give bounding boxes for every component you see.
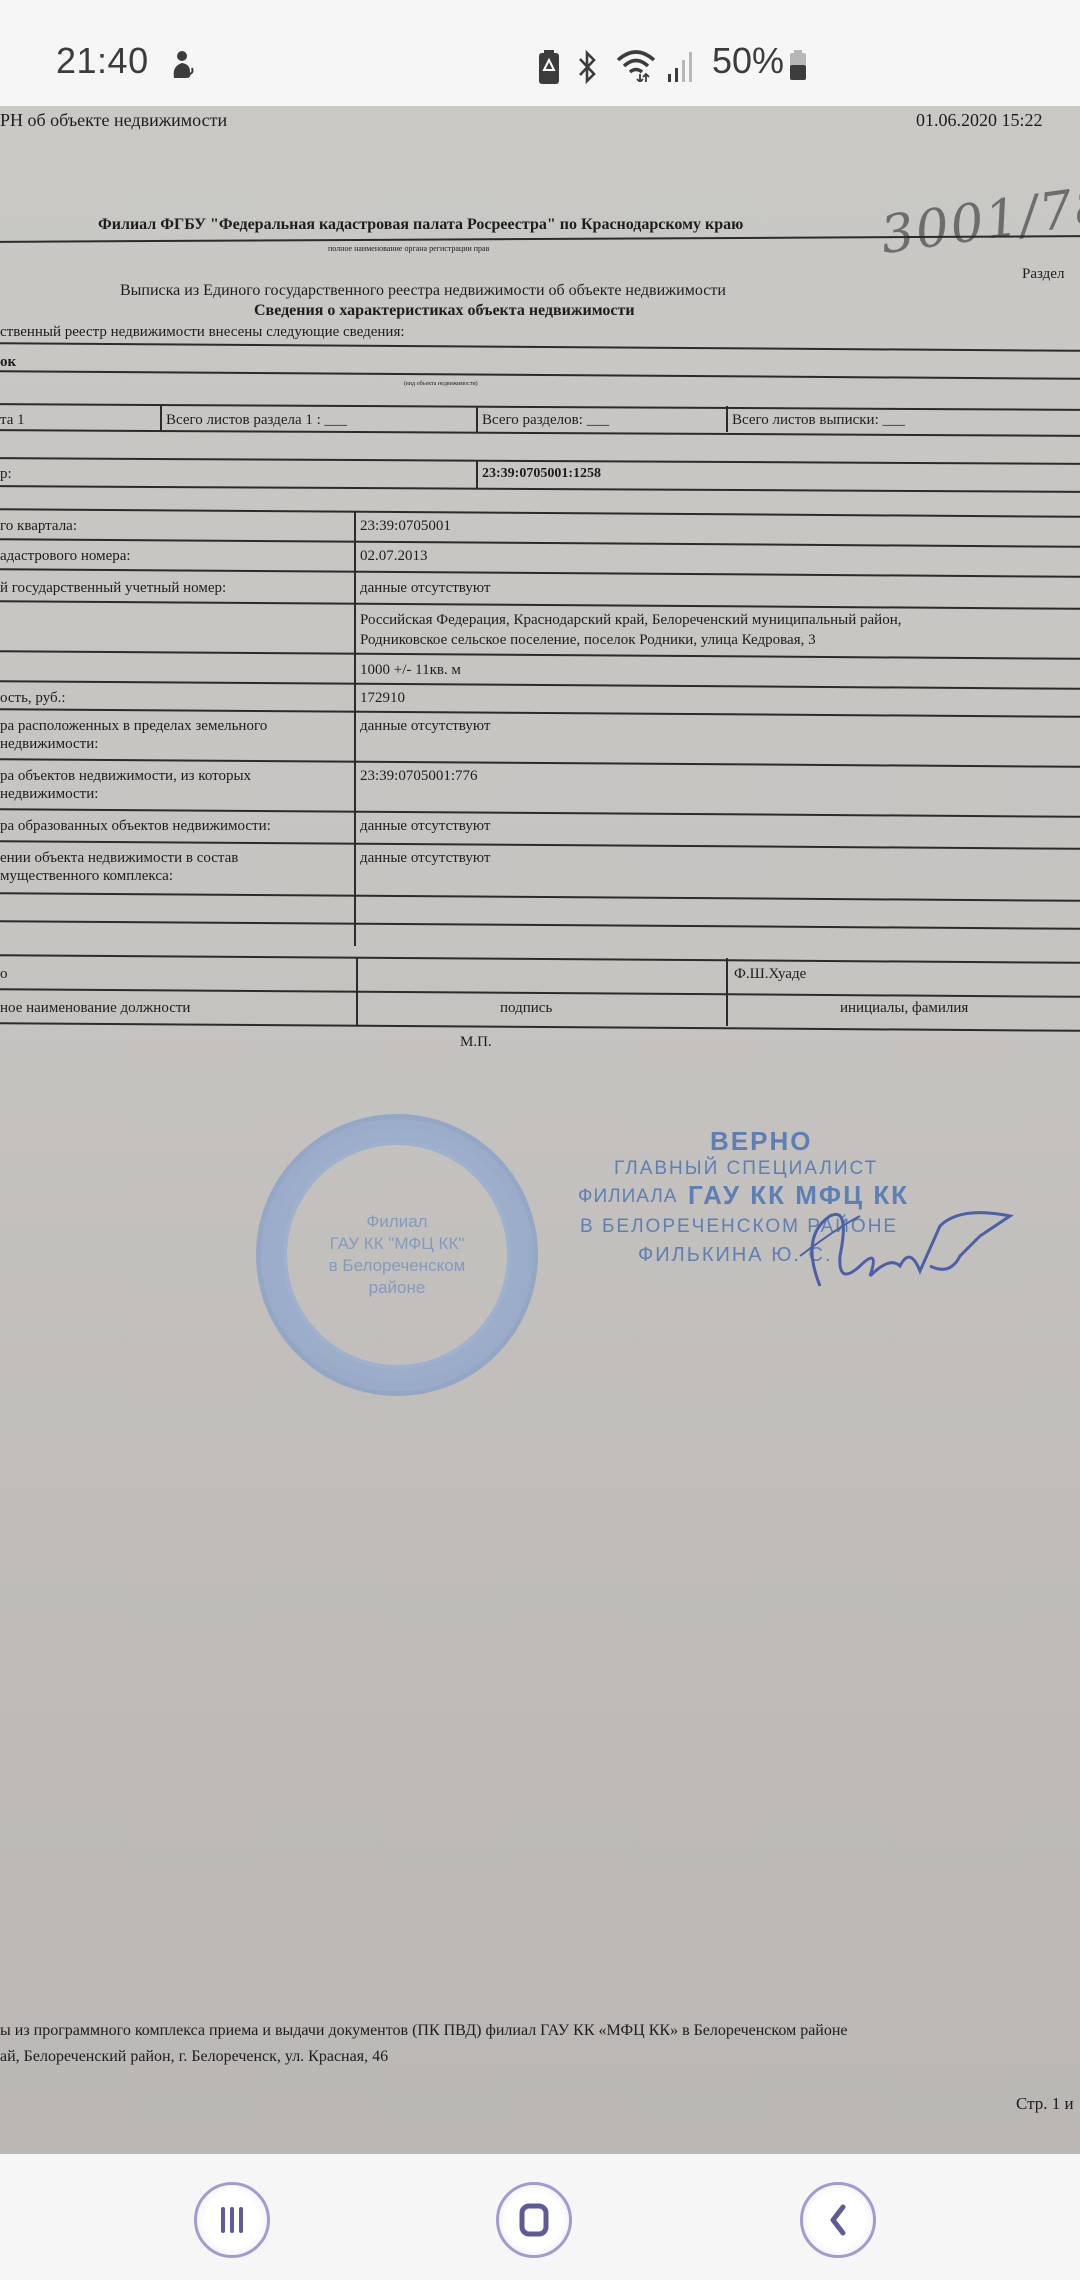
recents-button[interactable] xyxy=(194,2182,270,2258)
row-label-cost: ость, руб.: xyxy=(0,690,66,707)
back-button[interactable] xyxy=(800,2182,876,2258)
row-label-quarter: го квартала: xyxy=(0,518,77,535)
row-label-source-2: недвижимости: xyxy=(0,786,98,803)
home-icon xyxy=(517,2202,551,2238)
row-label-buildings-2: недвижимости: xyxy=(0,736,98,753)
row-label-complex: ении объекта недвижимости в состав xyxy=(0,850,238,867)
signal-icon xyxy=(666,50,696,82)
sheet-number: та 1 xyxy=(0,412,25,429)
row-value-source: 23:39:0705001:776 xyxy=(360,768,478,785)
name-caption: инициалы, фамилия xyxy=(840,1000,968,1017)
position-caption: ное наименование должности xyxy=(0,1000,190,1017)
official-stamp: Филиал ГАУ КК "МФЦ КК" в Белореченском р… xyxy=(256,1114,538,1396)
row-label-complex-2: мущественного комплекса: xyxy=(0,868,173,885)
battery-icon xyxy=(790,50,806,80)
row-label-formed: ра образованных объектов недвижимости: xyxy=(0,818,271,835)
section-label: Раздел xyxy=(1022,266,1064,283)
row-value-address-1: Российская Федерация, Краснодарский край… xyxy=(360,612,902,629)
object-type-caption: (вид объекта недвижимости) xyxy=(404,381,478,387)
position: о xyxy=(0,966,8,983)
stamp-line-4: районе xyxy=(322,1277,472,1299)
seal-label: М.П. xyxy=(460,1034,492,1051)
authority-name: Филиал ФГБУ "Федеральная кадастровая пал… xyxy=(98,216,743,234)
certification-title: ВЕРНО xyxy=(710,1126,812,1157)
navigation-bar xyxy=(0,2154,1080,2280)
total-sheets-section: Всего листов раздела 1 : ___ xyxy=(166,412,347,429)
recents-icon xyxy=(217,2203,247,2237)
stamp-line-1: Филиал xyxy=(322,1211,472,1233)
extract-title: Выписка из Единого государственного реес… xyxy=(120,282,726,300)
stamp-line-3: в Белореченском xyxy=(322,1255,472,1277)
status-time: 21:40 xyxy=(56,40,149,82)
total-sections: Всего разделов: ___ xyxy=(482,412,609,429)
status-bar: 21:40 50% xyxy=(0,0,1080,106)
page-number: Стр. 1 и xyxy=(1016,2094,1074,2114)
row-label-date: адастрового номера: xyxy=(0,548,131,565)
extract-subtitle: Сведения о характеристиках объекта недви… xyxy=(254,302,635,320)
stamp-line-2: ГАУ КК "МФЦ КК" xyxy=(322,1233,472,1255)
row-value-quarter: 23:39:0705001 xyxy=(360,518,451,535)
row-value-area: 1000 +/- 11кв. м xyxy=(360,662,461,679)
cadastral-number-label: р: xyxy=(0,466,12,483)
intro-text: ственный реестр недвижимости внесены сле… xyxy=(0,324,405,341)
footer-line-2: ай, Белореченский район, г. Белореченск,… xyxy=(0,2048,388,2066)
bluetooth-icon xyxy=(576,50,598,84)
row-label-source: ра объектов недвижимости, из которых xyxy=(0,768,251,785)
object-type: ок xyxy=(0,354,16,371)
signature-caption: подпись xyxy=(500,1000,552,1017)
document: РН об объекте недвижимости 01.06.2020 15… xyxy=(0,106,1080,2154)
footer-line-1: ы из программного комплекса приема и выд… xyxy=(0,2022,848,2040)
handwritten-signature xyxy=(760,1196,1040,1306)
authority-caption: полное наименование органа регистрации п… xyxy=(328,244,489,253)
row-value-cost: 172910 xyxy=(360,690,405,707)
document-photo: РН об объекте недвижимости 01.06.2020 15… xyxy=(0,106,1080,2154)
row-value-old-number: данные отсутствуют xyxy=(360,580,490,597)
signer-name: Ф.Ш.Хуаде xyxy=(734,966,806,983)
row-value-date: 02.07.2013 xyxy=(360,548,428,565)
row-value-formed: данные отсутствуют xyxy=(360,818,490,835)
row-label-old-number: й государственный учетный номер: xyxy=(0,580,226,597)
row-value-buildings: данные отсутствуют xyxy=(360,718,490,735)
battery-percent: 50% xyxy=(712,40,784,82)
home-button[interactable] xyxy=(496,2182,572,2258)
back-icon xyxy=(826,2202,850,2238)
cadastral-number: 23:39:0705001:1258 xyxy=(482,466,601,482)
certification-line-1: ГЛАВНЫЙ СПЕЦИАЛИСТ xyxy=(614,1158,878,1180)
row-value-complex: данные отсутствуют xyxy=(360,850,490,867)
total-sheets-extract: Всего листов выписки: ___ xyxy=(732,412,905,429)
doc-header-left: РН об объекте недвижимости xyxy=(0,110,227,131)
handwritten-number: 3001/782 xyxy=(877,170,1080,266)
battery-saver-icon xyxy=(538,50,560,84)
row-value-address-2: Родниковское сельское поселение, поселок… xyxy=(360,632,816,649)
row-label-buildings: ра расположенных в пределах земельного xyxy=(0,718,267,735)
person-notification-icon xyxy=(168,50,196,80)
doc-header-date: 01.06.2020 15:22 xyxy=(916,110,1043,131)
wifi-icon xyxy=(616,48,656,82)
certification-line-2a: ФИЛИАЛА xyxy=(578,1186,677,1208)
